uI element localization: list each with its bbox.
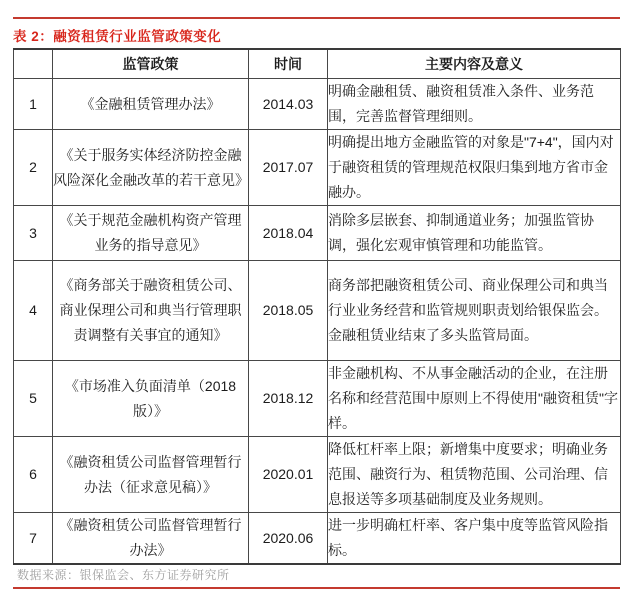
- table-row: 5 《市场准入负面清单（2018 版）》 2018.12 非金融机构、不从事金融…: [14, 361, 621, 437]
- policy-content-cell: 明确金融租赁、融资租赁准入条件、业务范围，完善监督管理细则。: [328, 79, 621, 130]
- table-row: 2 《关于服务实体经济防控金融风险深化金融改革的若干意见》 2017.07 明确…: [14, 130, 621, 206]
- row-number-cell: 4: [14, 261, 53, 361]
- data-source-note: 数据来源：银保监会、东方证券研究所: [17, 566, 230, 583]
- row-number-cell: 1: [14, 79, 53, 130]
- row-number-cell: 2: [14, 130, 53, 206]
- policy-date-cell: 2018.05: [249, 261, 328, 361]
- policy-date-cell: 2017.07: [249, 130, 328, 206]
- policy-content-cell: 商务部把融资租赁公司、商业保理公司和典当行业业务经营和监管规则职责划给银保监会。…: [328, 261, 621, 361]
- table-row: 3 《关于规范金融机构资产管理业务的指导意见》 2018.04 消除多层嵌套、抑…: [14, 206, 621, 261]
- policy-table: 监管政策 时间 主要内容及意义 1 《金融租赁管理办法》 2014.03 明确金…: [13, 48, 621, 565]
- table-row: 1 《金融租赁管理办法》 2014.03 明确金融租赁、融资租赁准入条件、业务范…: [14, 79, 621, 130]
- table-body: 1 《金融租赁管理办法》 2014.03 明确金融租赁、融资租赁准入条件、业务范…: [14, 79, 621, 565]
- policy-content-cell: 进一步明确杠杆率、客户集中度等监管风险指标。: [328, 513, 621, 565]
- row-number-cell: 5: [14, 361, 53, 437]
- col-header-time: 时间: [249, 49, 328, 79]
- top-red-rule: [13, 17, 620, 19]
- table-row: 7 《融资租赁公司监督管理暂行办法》 2020.06 进一步明确杠杆率、客户集中…: [14, 513, 621, 565]
- policy-name-cell: 《融资租赁公司监督管理暂行办法（征求意见稿）》: [53, 437, 249, 513]
- table-header-row: 监管政策 时间 主要内容及意义: [14, 49, 621, 79]
- row-number-cell: 3: [14, 206, 53, 261]
- policy-date-cell: 2020.01: [249, 437, 328, 513]
- policy-date-cell: 2020.06: [249, 513, 328, 565]
- table-title: 表 2：融资租赁行业监管政策变化: [13, 25, 221, 45]
- row-number-cell: 7: [14, 513, 53, 565]
- policy-name-cell: 《关于规范金融机构资产管理业务的指导意见》: [53, 206, 249, 261]
- policy-content-cell: 降低杠杆率上限；新增集中度要求；明确业务范围、融资行为、租赁物范围、公司治理、信…: [328, 437, 621, 513]
- policy-date-cell: 2018.04: [249, 206, 328, 261]
- table-row: 4 《商务部关于融资租赁公司、商业保理公司和典当行管理职责调整有关事宜的通知》 …: [14, 261, 621, 361]
- policy-name-cell: 《金融租赁管理办法》: [53, 79, 249, 130]
- col-header-index: [14, 49, 53, 79]
- policy-name-cell: 《市场准入负面清单（2018 版）》: [53, 361, 249, 437]
- policy-date-cell: 2014.03: [249, 79, 328, 130]
- policy-content-cell: 消除多层嵌套、抑制通道业务；加强监管协调，强化宏观审慎管理和功能监管。: [328, 206, 621, 261]
- col-header-policy: 监管政策: [53, 49, 249, 79]
- report-page: 表 2：融资租赁行业监管政策变化 监管政策 时间 主要内容及意义 1 《金融租赁…: [0, 0, 630, 615]
- policy-date-cell: 2018.12: [249, 361, 328, 437]
- table-row: 6 《融资租赁公司监督管理暂行办法（征求意见稿）》 2020.01 降低杠杆率上…: [14, 437, 621, 513]
- policy-content-cell: 明确提出地方金融监管的对象是"7+4"，国内对于融资租赁的管理规范权限归集到地方…: [328, 130, 621, 206]
- policy-name-cell: 《关于服务实体经济防控金融风险深化金融改革的若干意见》: [53, 130, 249, 206]
- policy-name-cell: 《商务部关于融资租赁公司、商业保理公司和典当行管理职责调整有关事宜的通知》: [53, 261, 249, 361]
- bottom-red-rule: [13, 587, 620, 589]
- policy-name-cell: 《融资租赁公司监督管理暂行办法》: [53, 513, 249, 565]
- col-header-content: 主要内容及意义: [328, 49, 621, 79]
- policy-content-cell: 非金融机构、不从事金融活动的企业，在注册名称和经营范围中原则上不得使用"融资租赁…: [328, 361, 621, 437]
- row-number-cell: 6: [14, 437, 53, 513]
